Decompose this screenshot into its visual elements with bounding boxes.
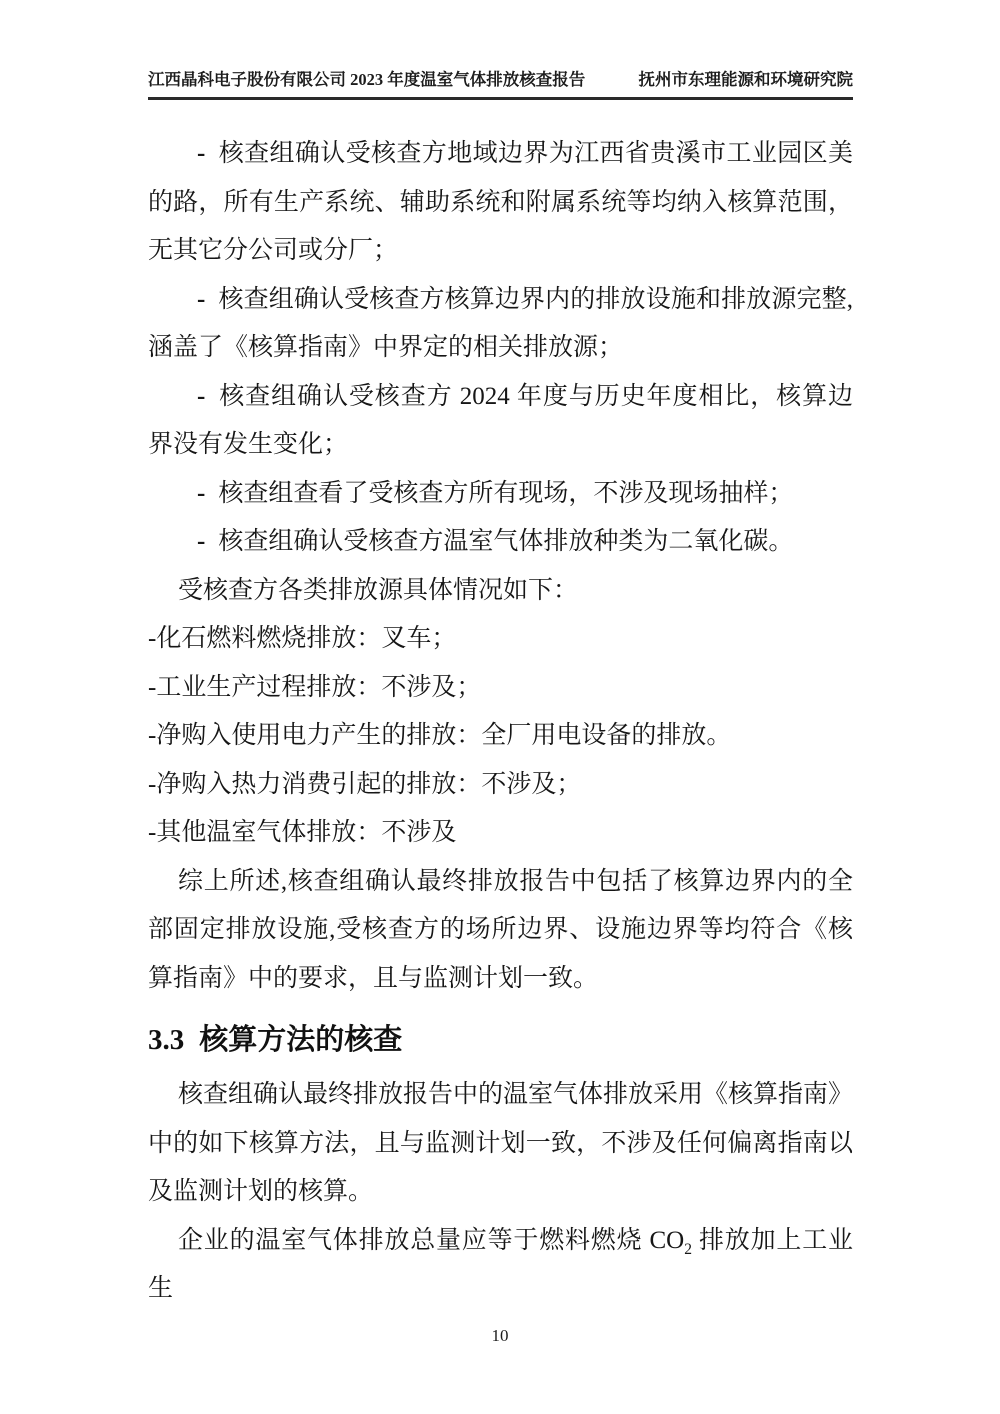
bullet-dash: - (197, 140, 205, 167)
bullet-paragraph: -核查组确认受核查方核算边界内的排放设施和排放源完整,涵盖了《核算指南》中界定的… (148, 276, 853, 373)
bullet-paragraph: -核查组确认受核查方 2024 年度与历史年度相比，核算边界没有发生变化； (148, 373, 853, 470)
emission-source-item: -净购入热力消费引起的排放：不涉及； (148, 761, 853, 810)
co2-subscript: 2 (684, 1241, 692, 1258)
body-paragraph: 核查组确认最终排放报告中的温室气体排放采用《核算指南》中的如下核算方法，且与监测… (148, 1071, 853, 1217)
section-title: 核算方法的核查 (199, 1024, 402, 1056)
emission-source-item: -净购入使用电力产生的排放：全厂用电设备的排放。 (148, 712, 853, 761)
bullet-dash: - (197, 383, 205, 410)
paragraph-text: 核查组确认受核查方核算边界内的排放设施和排放源完整,涵盖了《核算指南》中界定的相… (148, 286, 853, 362)
page-header: 江西晶科电子股份有限公司 2023 年度温室气体排放核查报告 抚州市东理能源和环… (148, 0, 853, 100)
bullet-dash: - (197, 528, 205, 555)
header-right-title: 抚州市东理能源和环境研究院 (639, 66, 854, 90)
emission-source-item: -化石燃料燃烧排放：叉车； (148, 615, 853, 664)
page-number: 10 (492, 1326, 509, 1345)
header-left-title: 江西晶科电子股份有限公司 2023 年度温室气体排放核查报告 (148, 66, 585, 90)
co2-paragraph-before: 企业的温室气体排放总量应等于燃料燃烧 CO (178, 1227, 684, 1254)
paragraph-text: 核查组确认受核查方地域边界为江西省贵溪市工业园区美的路，所有生产系统、辅助系统和… (148, 140, 853, 264)
paragraph-text: 核查组确认受核查方 2024 年度与历史年度相比，核算边界没有发生变化； (148, 383, 853, 459)
section-heading: 3.3核算方法的核查 (148, 1015, 853, 1065)
summary-paragraph: 综上所述,核查组确认最终排放报告中包括了核算边界内的全部固定排放设施,受核查方的… (148, 858, 853, 1004)
bullet-paragraph: -核查组查看了受核查方所有现场，不涉及现场抽样； (148, 470, 853, 519)
paragraph-text: 核查组确认受核查方温室气体排放种类为二氧化碳。 (218, 528, 793, 555)
bullet-dash: - (197, 480, 205, 507)
bullet-paragraph: -核查组确认受核查方地域边界为江西省贵溪市工业园区美的路，所有生产系统、辅助系统… (148, 130, 853, 276)
document-page: 江西晶科电子股份有限公司 2023 年度温室气体排放核查报告 抚州市东理能源和环… (0, 0, 1000, 1414)
co2-paragraph: 企业的温室气体排放总量应等于燃料燃烧 CO2 排放加上工业生 (148, 1217, 853, 1314)
section-number: 3.3 (148, 1024, 184, 1056)
bullet-paragraph: -核查组确认受核查方温室气体排放种类为二氧化碳。 (148, 518, 853, 567)
document-body: -核查组确认受核查方地域边界为江西省贵溪市工业园区美的路，所有生产系统、辅助系统… (148, 130, 853, 1314)
intro-paragraph: 受核查方各类排放源具体情况如下： (148, 567, 853, 616)
bullet-dash: - (197, 286, 205, 313)
page-footer: 10 (0, 1326, 1000, 1346)
paragraph-text: 核查组查看了受核查方所有现场，不涉及现场抽样； (218, 480, 793, 507)
emission-source-item: -其他温室气体排放：不涉及 (148, 809, 853, 858)
emission-source-item: -工业生产过程排放：不涉及； (148, 664, 853, 713)
